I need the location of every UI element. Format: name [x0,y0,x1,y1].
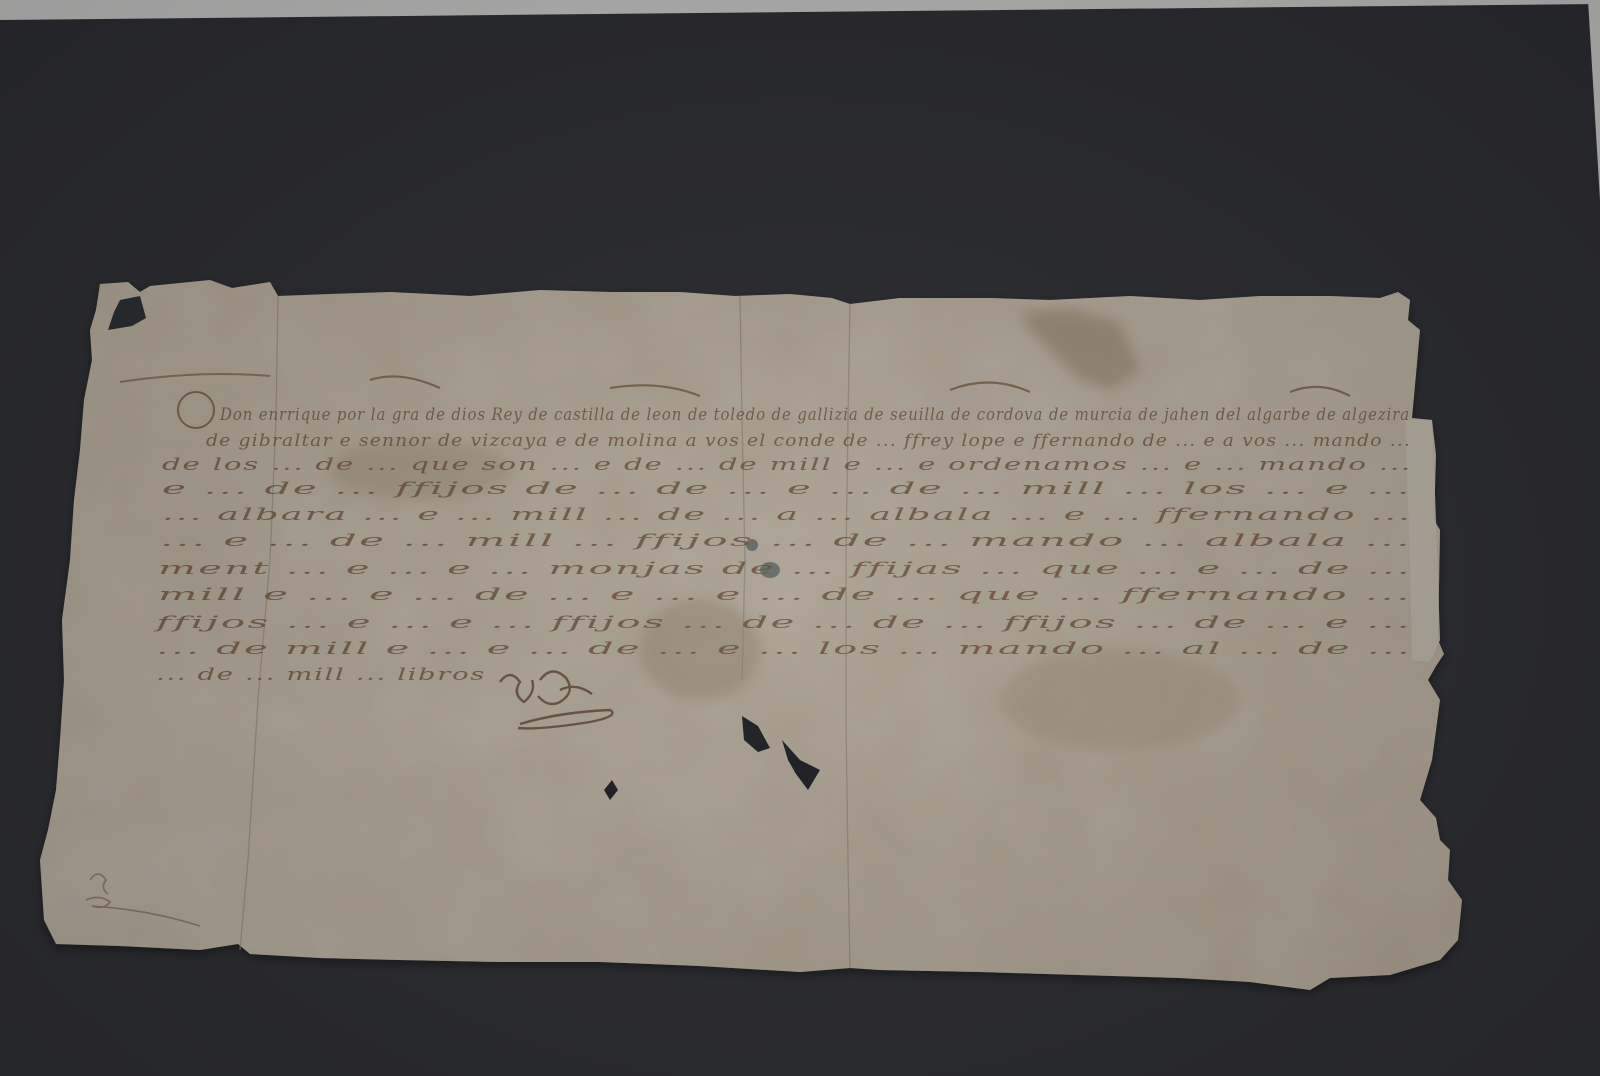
manuscript-line: mill e ... e ... de ... e ... e ... de .… [158,585,1412,605]
manuscript-line: Don enrrique por la gra de dios Rey de c… [219,405,1410,425]
manuscript-line: e ... de ... ffijos de ... de ... e ... … [162,479,1412,499]
manuscript-line: de gibraltar e sennor de vizcaya e de mo… [206,431,1411,451]
manuscript-line: ... e ... de ... mill ... ffijos ... de … [160,531,1412,551]
manuscript-line: ... de mill e ... e ... de ... e ... los… [156,639,1412,659]
manuscript-line: ... albara ... e ... mill ... de ... a .… [162,505,1412,525]
manuscript-line: de los ... de ... que son ... e de ... d… [162,455,1412,475]
manuscript-text-block: Don enrrique por la gra de dios Rey de c… [151,392,1412,685]
manuscript-photo: Don enrrique por la gra de dios Rey de c… [0,0,1600,1076]
manuscript-line: ... de ... mill ... libros [156,665,486,685]
manuscript-line: ffijos ... e ... e ... ffijos ... de ...… [151,613,1412,633]
manuscript-line: ment ... e ... e ... monjas de ... ffija… [158,559,1412,579]
